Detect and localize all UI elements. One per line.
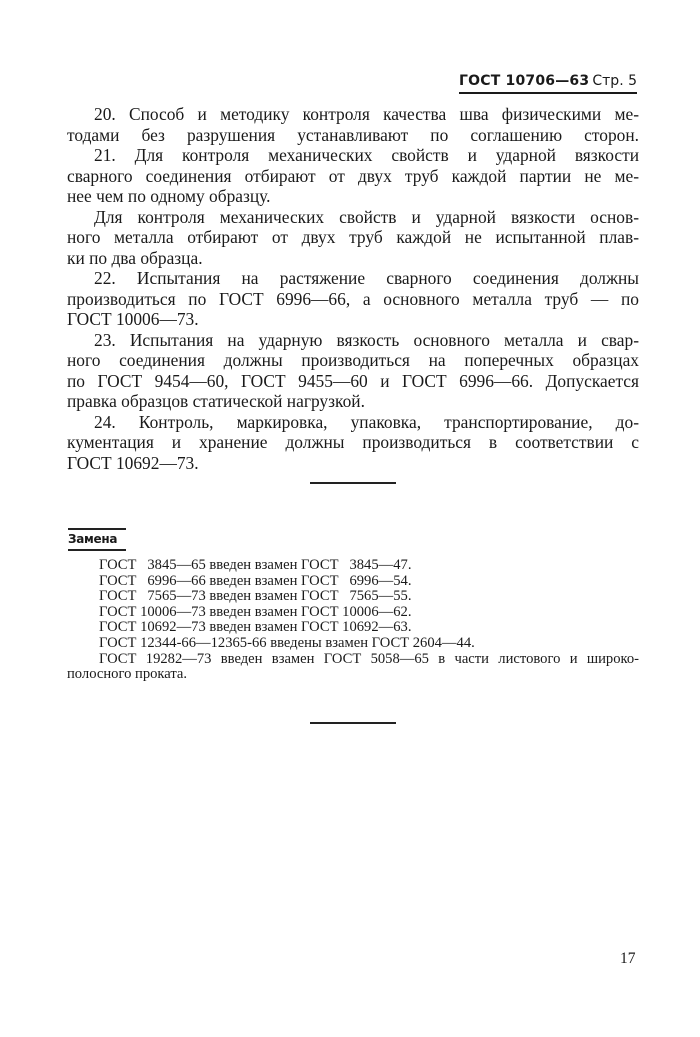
paragraph-24: 24. Контроль, маркировка, упаковка, тран…: [67, 412, 639, 474]
section-divider: [310, 482, 396, 484]
running-header: ГОСТ 10706—63 Стр. 5: [459, 73, 637, 94]
text-line: ки по два образца.: [67, 248, 639, 269]
replacement-row: ГОСТ 19282—73 введен взамен ГОСТ 5058—65…: [67, 652, 639, 668]
replacement-heading: Замена: [68, 528, 126, 551]
text-line: 24. Контроль, маркировка, упаковка, тран…: [67, 412, 639, 433]
main-text: 20. Способ и методику контроля качества …: [67, 104, 639, 473]
text-line: 23. Испытания на ударную вязкость основн…: [67, 330, 639, 351]
text-line: тодами без разрушения устанавливают по с…: [67, 125, 639, 146]
paragraph-23: 23. Испытания на ударную вязкость основн…: [67, 330, 639, 412]
text-line: по ГОСТ 9454—60, ГОСТ 9455—60 и ГОСТ 699…: [67, 371, 639, 392]
text-line: ГОСТ 10692—73.: [67, 453, 639, 474]
replacement-row: ГОСТ 12344-66—12365-66 введены взамен ГО…: [67, 636, 639, 652]
text-line: производиться по ГОСТ 6996—66, а основно…: [67, 289, 639, 310]
text-line: ГОСТ 10006—73.: [67, 309, 639, 330]
replacement-row: ГОСТ 3845—65 введен взамен ГОСТ 3845—47.: [67, 558, 639, 574]
replacement-row: ГОСТ 10692—73 введен взамен ГОСТ 10692—6…: [67, 620, 639, 636]
replacement-row: ГОСТ 7565—73 введен взамен ГОСТ 7565—55.: [67, 589, 639, 605]
replacement-row: ГОСТ 6996—66 введен взамен ГОСТ 6996—54.: [67, 574, 639, 590]
text-line: сварного соединения отбирают от двух тру…: [67, 166, 639, 187]
replacement-row-continued: полосного проката.: [67, 667, 639, 683]
replacement-list: ГОСТ 3845—65 введен взамен ГОСТ 3845—47.…: [67, 558, 639, 683]
text-line: кументация и хранение должны производить…: [67, 432, 639, 453]
paragraph-22: 22. Испытания на растяжение сварного сое…: [67, 268, 639, 330]
page-label: Стр. 5: [592, 73, 637, 89]
text-line: 20. Способ и методику контроля качества …: [67, 104, 639, 125]
text-line: ного соединения должны производиться на …: [67, 350, 639, 371]
text-line: Для контроля механических свойств и удар…: [67, 207, 639, 228]
text-line: нее чем по одному образцу.: [67, 186, 639, 207]
paragraph-21b: Для контроля механических свойств и удар…: [67, 207, 639, 269]
paragraph-21: 21. Для контроля механических свойств и …: [67, 145, 639, 207]
text-line: ного металла отбирают от двух труб каждо…: [67, 227, 639, 248]
paragraph-20: 20. Способ и методику контроля качества …: [67, 104, 639, 145]
page-number: 17: [620, 950, 636, 968]
end-divider: [310, 722, 396, 724]
text-line: 21. Для контроля механических свойств и …: [67, 145, 639, 166]
text-line: правка образцов статической нагрузкой.: [67, 391, 639, 412]
text-line: 22. Испытания на растяжение сварного сое…: [67, 268, 639, 289]
replacement-row: ГОСТ 10006—73 введен взамен ГОСТ 10006—6…: [67, 605, 639, 621]
standard-code: ГОСТ 10706—63: [459, 73, 589, 89]
